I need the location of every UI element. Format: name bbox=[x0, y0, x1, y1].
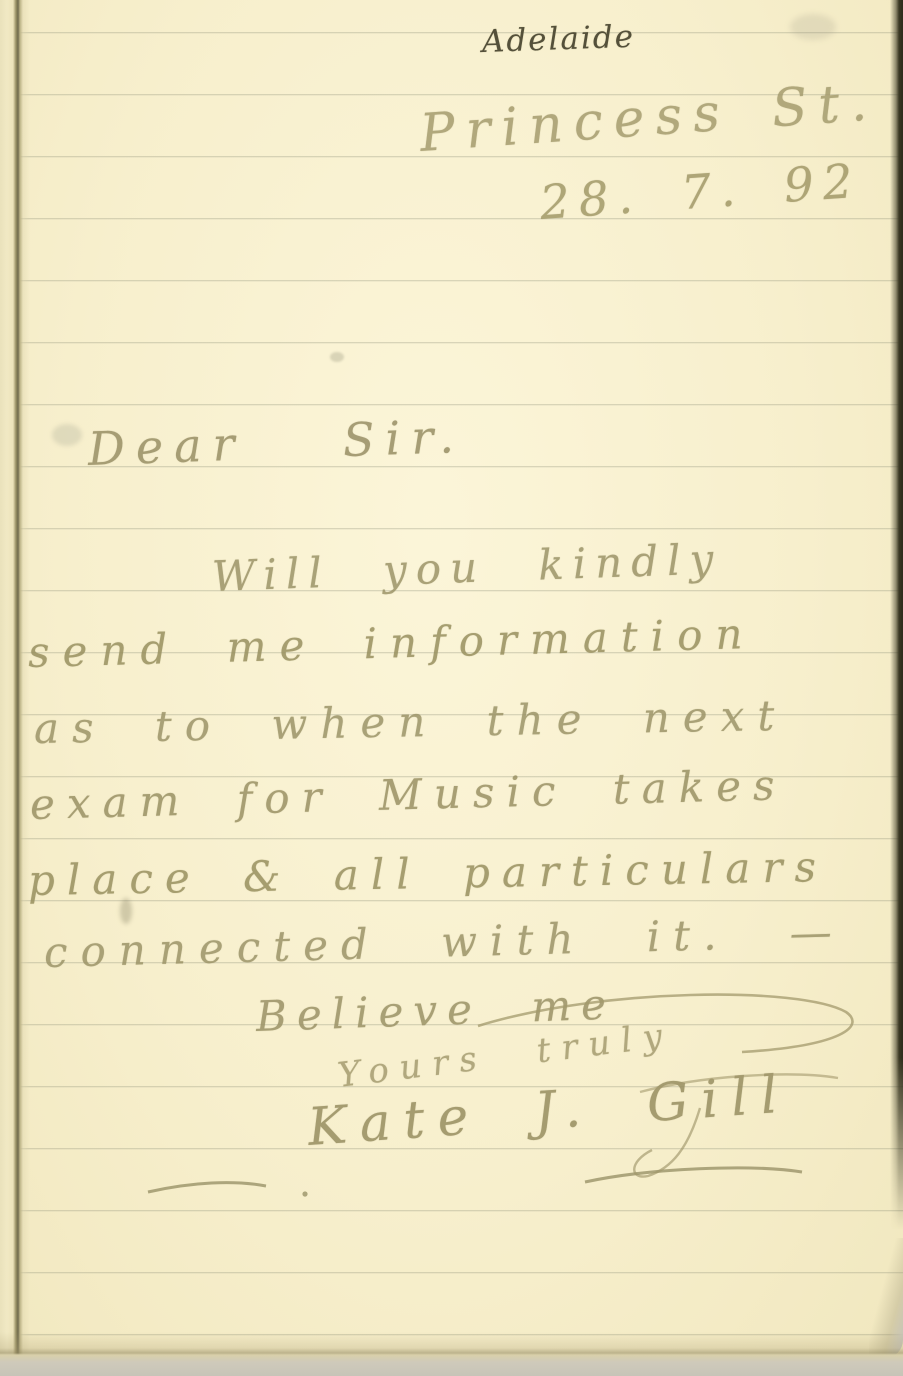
body-line-3: as to when the next bbox=[34, 691, 788, 753]
paper-stain bbox=[52, 424, 82, 446]
page-left-edge bbox=[0, 0, 30, 1376]
paper-stain bbox=[790, 14, 836, 40]
page-right-edge bbox=[890, 0, 903, 1230]
body-line-5: place & all particulars bbox=[28, 842, 829, 905]
paper-stain bbox=[330, 352, 344, 362]
annotation-city: Adelaide bbox=[481, 19, 635, 60]
letter-scan-page: Adelaide Princess St. 28. 7. 92 Dear Sir… bbox=[0, 0, 903, 1376]
address-line: Princess St. bbox=[418, 72, 880, 164]
page-bottom-edge bbox=[0, 1332, 903, 1376]
body-line-1: Will you kindly bbox=[211, 534, 723, 601]
salutation: Dear Sir. bbox=[87, 409, 466, 476]
body-line-2: send me information bbox=[27, 609, 756, 677]
body-line-6: connected with it. — bbox=[43, 907, 845, 977]
body-line-4: exam for Music takes bbox=[29, 760, 787, 829]
date-line: 28. 7. 92 bbox=[538, 154, 863, 231]
